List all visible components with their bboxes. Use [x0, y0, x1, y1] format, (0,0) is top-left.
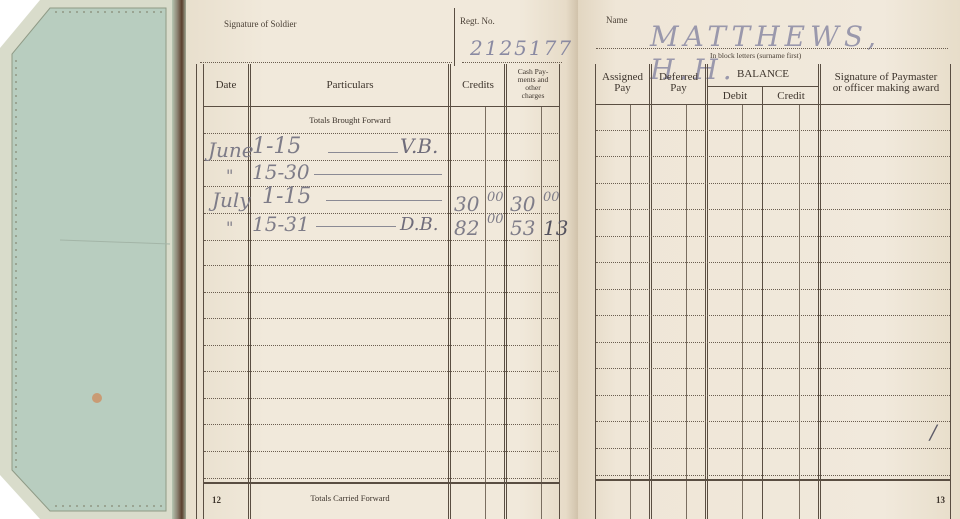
entry-cash-cents: 13 [543, 216, 568, 240]
table-border-right [950, 64, 951, 519]
credit-cents-divider [799, 104, 800, 519]
right-page: Name MATTHEWS, H.H. In block letters (su… [578, 0, 960, 519]
entry-particulars: 15-31 [252, 212, 310, 236]
left-page: Signature of Soldier Regt. No. 2125177 D… [186, 0, 578, 519]
totals-brought-forward: Totals Brought Forward [252, 116, 448, 124]
regt-no-line [462, 62, 562, 63]
debit-cents-divider [742, 104, 743, 519]
col-divider-deferred-double [707, 64, 708, 519]
header-underline [204, 106, 559, 107]
col-header-deferred-pay: Deferred Pay [652, 72, 705, 94]
balance-underline [708, 86, 818, 87]
col-divider-assigned-double [651, 64, 652, 519]
entry-particulars: 1-15 [252, 134, 301, 159]
cash-cents-divider [541, 106, 542, 519]
col-header-date: Date [204, 80, 248, 91]
entry-cash: 30 [510, 192, 535, 216]
col-header-cash-payments: Cash Pay- ments and other charges [508, 68, 558, 100]
col-header-debit: Debit [708, 91, 762, 102]
entry-particulars: 1-15 [262, 184, 311, 209]
deferred-cents-divider [686, 104, 687, 519]
col-header-particulars: Particulars [252, 80, 448, 91]
col-header-paymaster-signature: Signature of Paymaster or officer making… [822, 72, 950, 94]
name-label: Name [606, 15, 628, 25]
regt-no-value: 2125177 [470, 36, 573, 60]
entry-cash: 53 [510, 216, 535, 240]
entry-credits-cents: 00 [487, 212, 504, 227]
header-underline [596, 104, 950, 105]
col-divider-debit [762, 86, 763, 519]
paymaster-line: or officer making award [822, 83, 950, 94]
col-header-credits: Credits [452, 80, 504, 91]
entry-dash [326, 200, 442, 201]
col-divider-deferred [705, 64, 706, 519]
credits-cents-divider [485, 106, 486, 519]
entry-date: " [226, 166, 233, 185]
page-number: 12 [212, 495, 221, 505]
name-line [596, 48, 948, 49]
regt-no-label: Regt. No. [460, 16, 495, 26]
entry-date: " [226, 218, 233, 237]
totals-rule [596, 479, 950, 481]
name-hint: In block letters (surname first) [710, 51, 801, 60]
entry-date: July [212, 188, 251, 212]
margin-mark: / [930, 420, 937, 444]
entry-credits-cents: 00 [487, 190, 504, 205]
entry-dash [328, 152, 398, 153]
entry-credits: 30 [454, 192, 479, 216]
assigned-cents-divider [630, 104, 631, 519]
book-cover-flap [0, 0, 190, 519]
totals-carried-forward: Totals Carried Forward [252, 494, 448, 502]
col-divider-balance [818, 64, 819, 519]
table-border-left [196, 64, 197, 519]
cover-cloth-icon [0, 0, 190, 519]
col-header-assigned-pay: Assigned Pay [596, 72, 649, 94]
totals-rule [204, 482, 559, 484]
assigned-line: Pay [596, 83, 649, 94]
signature-line [200, 62, 452, 63]
entry-credits: 82 [454, 216, 479, 240]
cash-header-line: charges [508, 92, 558, 100]
page-number: 13 [936, 495, 945, 505]
table-border-left [595, 64, 596, 519]
entry-initials: V.B. [400, 134, 438, 158]
col-divider-assigned [649, 64, 650, 519]
entry-date: June [208, 138, 254, 162]
signature-of-soldier-label: Signature of Soldier [224, 19, 297, 29]
header-divider [454, 8, 455, 66]
col-divider-balance-double [820, 64, 821, 519]
deferred-line: Pay [652, 83, 705, 94]
entry-cash-cents: 00 [543, 190, 560, 205]
entry-dash [316, 226, 396, 227]
entry-particulars: 15-30 [252, 160, 310, 184]
col-header-balance: BALANCE [708, 69, 818, 80]
table-border-right [559, 64, 560, 519]
col-header-credit: Credit [764, 91, 818, 102]
entry-initials: D.B. [400, 214, 438, 235]
entry-dash [314, 174, 442, 175]
